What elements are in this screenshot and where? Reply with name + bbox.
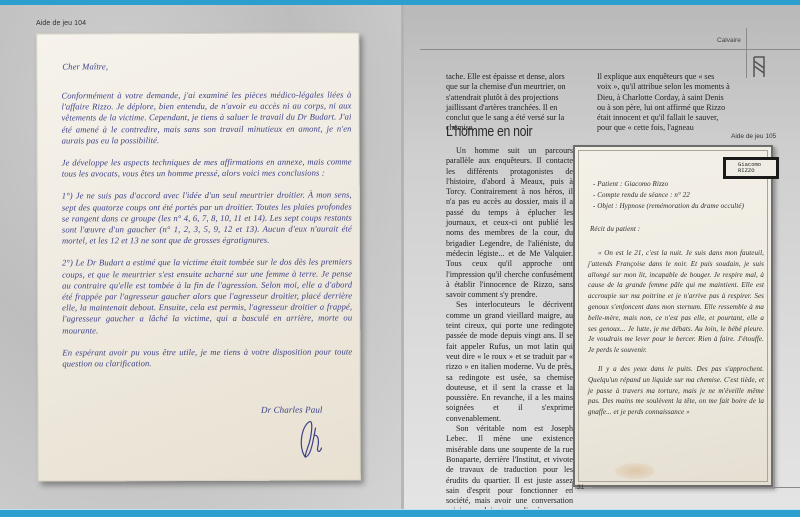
handout-letter: Cher Maître, Conformément à votre demand… — [36, 32, 361, 481]
letter-paragraph: Conformément à votre demande, j'ai exami… — [61, 89, 351, 146]
column-2-continuation: Il explique aux enquêteurs que « ses voi… — [597, 72, 730, 134]
stamp-text: Giacomo RIZZO — [726, 160, 776, 176]
letter-paragraph: En espérant avoir pu vous être utile, je… — [62, 346, 352, 369]
article-body: Un homme suit un parcours parallèle aux … — [446, 146, 573, 517]
article-paragraph: Son véritable nom est Joseph Lebec. Il m… — [446, 424, 573, 517]
header-vertical-rule — [746, 28, 747, 78]
article-paragraph: Un homme suit un parcours parallèle aux … — [446, 146, 573, 300]
note-meta: - Patient : Giacomo Rizzo - Compte rendu… — [593, 179, 744, 211]
stamp-last-name: RIZZO — [738, 168, 776, 174]
note-recit-paragraph: Il y a des yeux dans le puits. Des pas s… — [588, 364, 764, 418]
note-meta-patient: - Patient : Giacomo Rizzo — [593, 179, 744, 190]
signature-scrawl-icon — [296, 418, 324, 462]
note-recit-title: Récit du patient : — [590, 224, 640, 235]
name-label-stamp: Giacomo RIZZO — [723, 157, 779, 179]
letter-paragraph: 1°) Je ne suis pas d'accord avec l'idée … — [62, 190, 352, 247]
bottom-accent-bar — [0, 509, 800, 517]
page-number: 31 — [577, 484, 584, 491]
letter-paragraph: 2°) Le Dr Budart a estimé que la victime… — [62, 257, 352, 336]
letter-salutation: Cher Maître, — [62, 61, 108, 72]
section-label: Calvaire — [717, 37, 741, 44]
letter-paragraph: Je développe les aspects techniques de m… — [62, 156, 352, 179]
note-recit: « On est le 21, c'est la nuit. Je suis d… — [588, 248, 764, 426]
letter-body: Conformément à votre demande, j'ai exami… — [61, 89, 352, 380]
folio-bar — [572, 481, 573, 492]
running-head-left: Aide de jeu 104 — [36, 20, 86, 27]
note-meta-session: - Compte rendu de séance : n° 22 — [593, 190, 744, 201]
patient-note-card: Giacomo RIZZO - Patient : Giacomo Rizzo … — [573, 145, 773, 487]
note-meta-object: - Objet : Hypnose (remémoration du drame… — [593, 201, 744, 212]
coffee-stain — [615, 463, 655, 479]
letter-signatory: Dr Charles Paul — [261, 405, 323, 416]
note-recit-paragraph: « On est le 21, c'est la nuit. Je suis d… — [588, 248, 764, 356]
rune-logo-icon — [752, 56, 766, 78]
article-paragraph: Ses interlocuteurs le décrivent comme un… — [446, 300, 573, 424]
header-rule — [420, 49, 800, 50]
footer-rule — [592, 487, 800, 488]
section-heading: L'homme en noir — [446, 123, 532, 140]
running-head-right: Aide de jeu 105 — [731, 133, 776, 140]
